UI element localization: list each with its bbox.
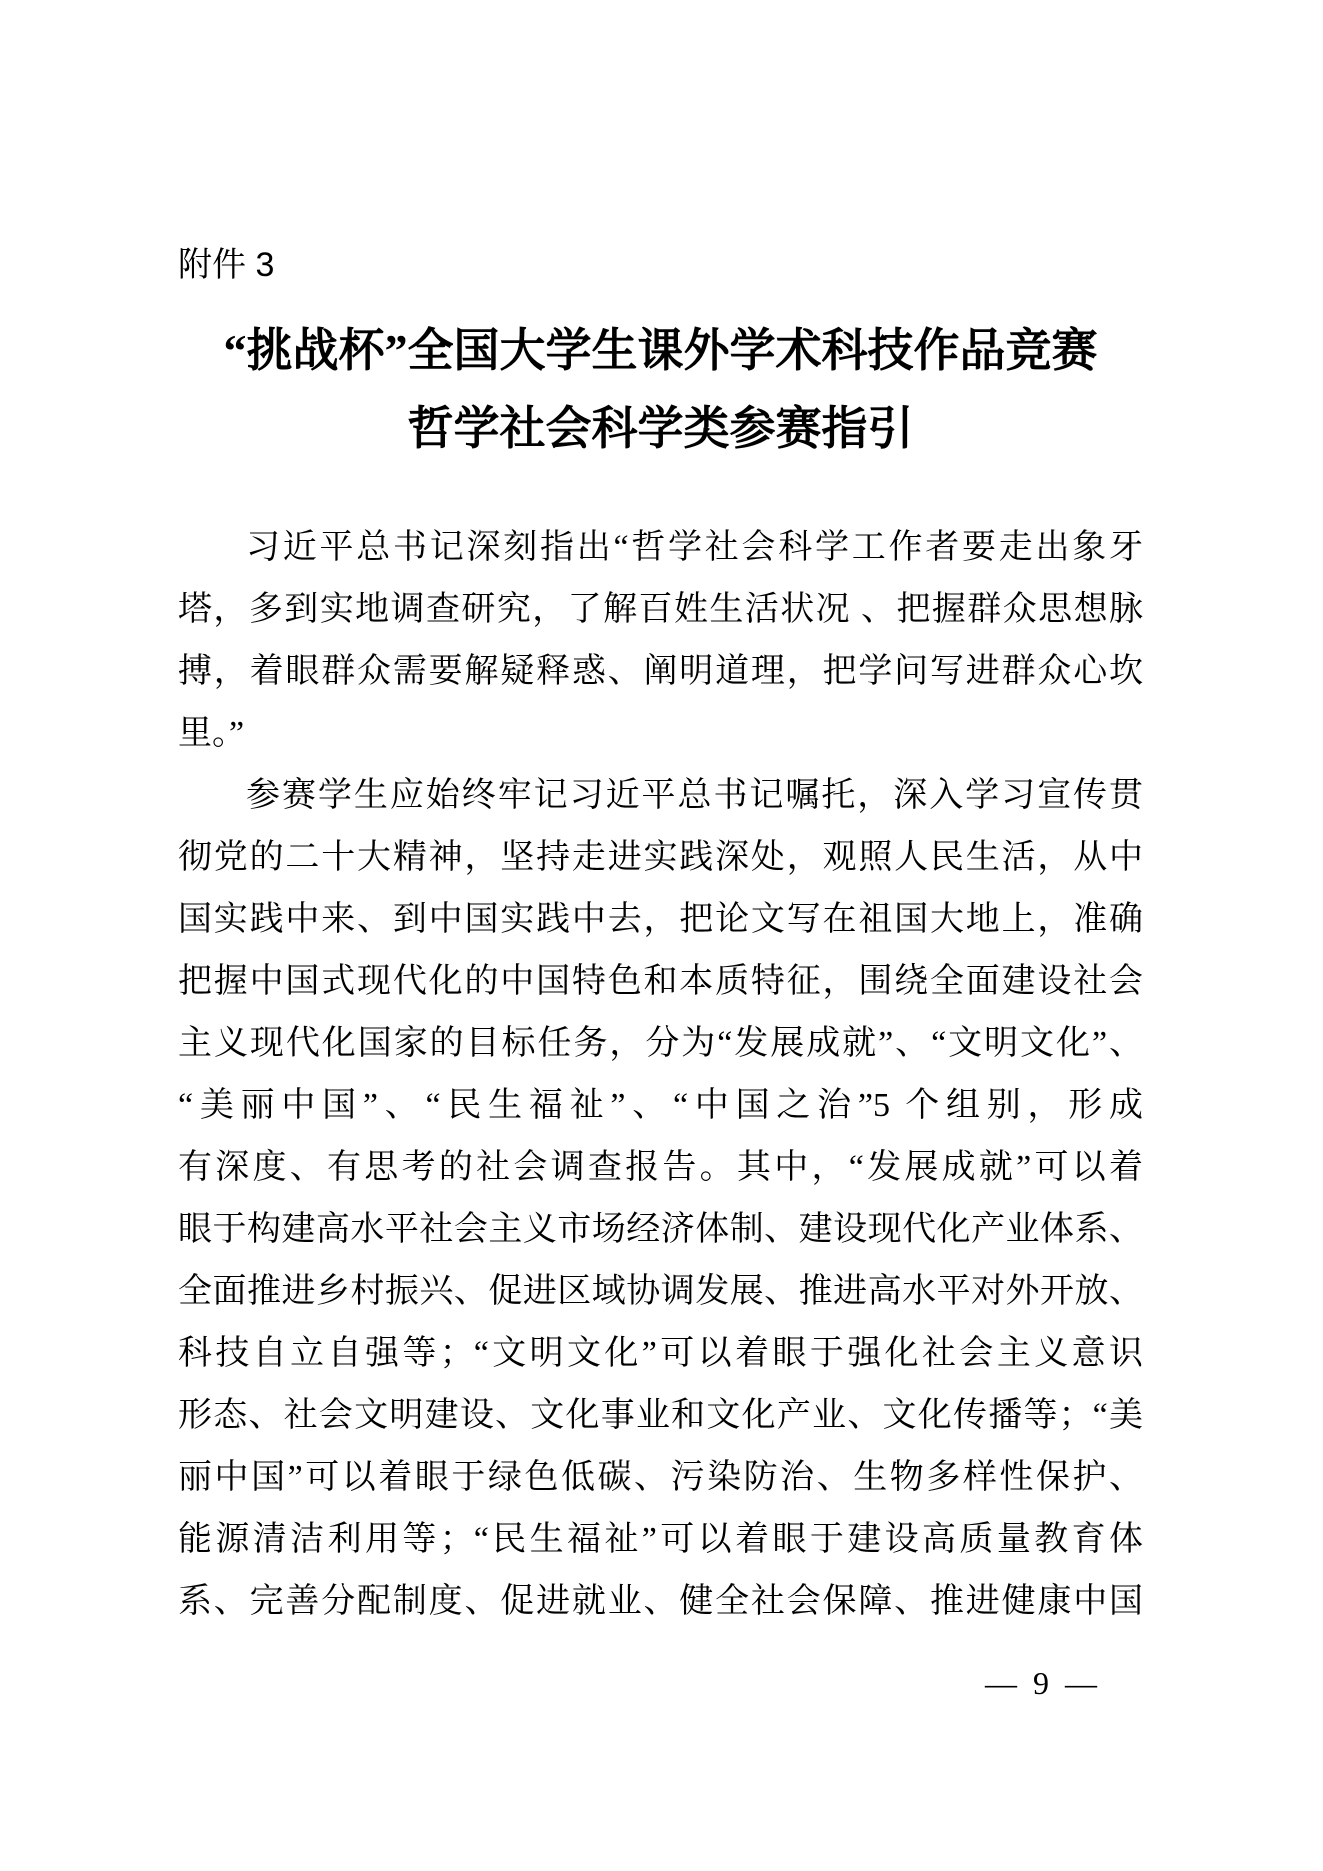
text-line: 参赛学生应始终牢记习近平总书记嘱托，深入学习宣传贯	[178, 765, 1143, 827]
text-line: 眼于构建高水平社会主义市场经济体制、建设现代化产业体系、	[178, 1199, 1143, 1261]
text-line: 主义现代化国家的目标任务，分为“发展成就”、“文明文化”、	[178, 1013, 1143, 1075]
document-title: “挑战杯”全国大学生课外学术科技作品竞赛 哲学社会科学类参赛指引	[178, 312, 1143, 468]
paragraph-2: 参赛学生应始终牢记习近平总书记嘱托，深入学习宣传贯 彻党的二十大精神，坚持走进实…	[178, 765, 1143, 1633]
text-line: 有深度、有思考的社会调查报告。其中，“发展成就”可以着	[178, 1137, 1143, 1199]
text-line: 塔，多到实地调查研究，了解百姓生活状况 、把握群众思想脉	[178, 579, 1143, 641]
text-line: 能源清洁利用等；“民生福祉”可以着眼于建设高质量教育体	[178, 1509, 1143, 1571]
document-page: 附件 3 “挑战杯”全国大学生课外学术科技作品竞赛 哲学社会科学类参赛指引 习近…	[0, 0, 1323, 1871]
text-line: “美丽中国”、“民生福祉”、“中国之治”5 个组别，形成	[178, 1075, 1143, 1137]
text-line: 系、完善分配制度、促进就业、健全社会保障、推进健康中国	[178, 1571, 1143, 1633]
text-line: 国实践中来、到中国实践中去，把论文写在祖国大地上，准确	[178, 889, 1143, 951]
page-number: — 9 —	[985, 1664, 1097, 1702]
document-body: 习近平总书记深刻指出“哲学社会科学工作者要走出象牙 塔，多到实地调查研究，了解百…	[178, 517, 1143, 1633]
title-line-2: 哲学社会科学类参赛指引	[178, 390, 1143, 468]
text-line: 科技自立自强等；“文明文化”可以着眼于强化社会主义意识	[178, 1323, 1143, 1385]
text-line: 丽中国”可以着眼于绿色低碳、污染防治、生物多样性保护、	[178, 1447, 1143, 1509]
title-line-1: “挑战杯”全国大学生课外学术科技作品竞赛	[178, 312, 1143, 390]
text-line: 里。”	[178, 703, 1143, 765]
text-line: 搏，着眼群众需要解疑释惑、阐明道理，把学问写进群众心坎	[178, 641, 1143, 703]
text-line: 习近平总书记深刻指出“哲学社会科学工作者要走出象牙	[178, 517, 1143, 579]
text-line: 形态、社会文明建设、文化事业和文化产业、文化传播等；“美	[178, 1385, 1143, 1447]
attachment-label: 附件 3	[178, 245, 274, 285]
text-line: 全面推进乡村振兴、促进区域协调发展、推进高水平对外开放、	[178, 1261, 1143, 1323]
text-line: 彻党的二十大精神，坚持走进实践深处，观照人民生活，从中	[178, 827, 1143, 889]
text-line: 把握中国式现代化的中国特色和本质特征，围绕全面建设社会	[178, 951, 1143, 1013]
paragraph-1: 习近平总书记深刻指出“哲学社会科学工作者要走出象牙 塔，多到实地调查研究，了解百…	[178, 517, 1143, 765]
